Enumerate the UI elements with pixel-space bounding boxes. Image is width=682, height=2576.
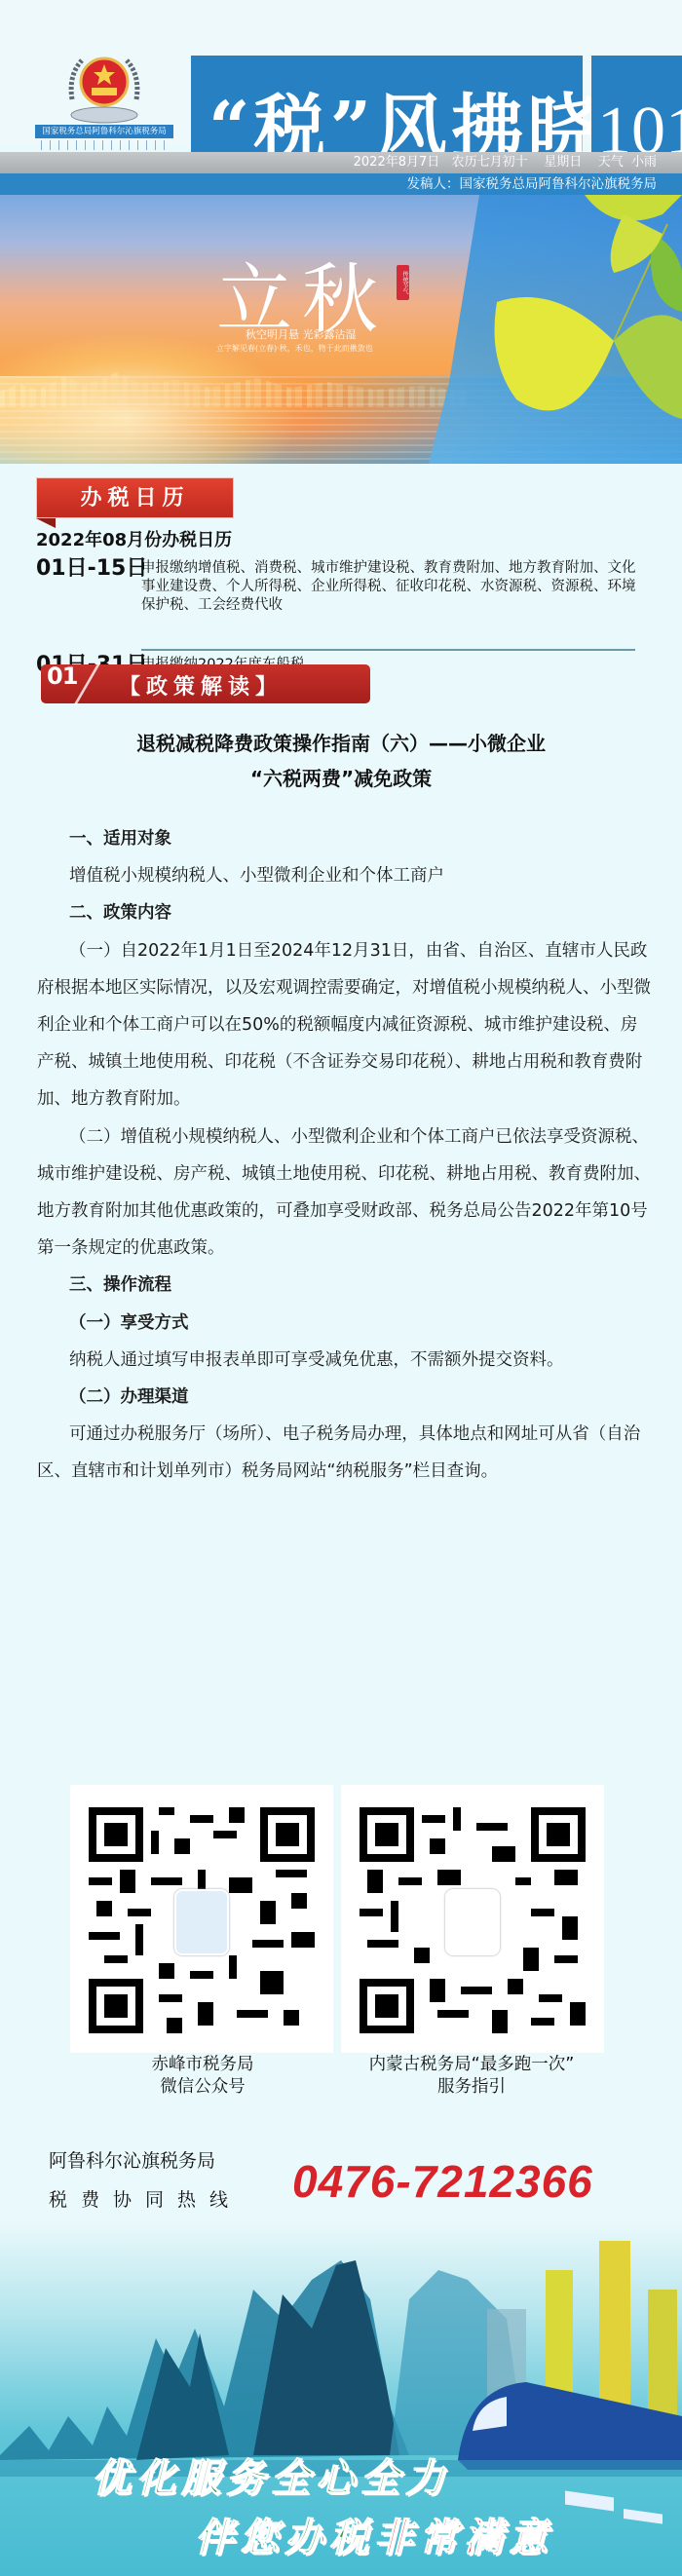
- banner-subtitle-1: 秋空明月悬 光彩露沾湿: [246, 326, 357, 342]
- slogan-red: 非常满意: [374, 2515, 553, 2560]
- calendar-range: 01日-15日: [36, 557, 141, 615]
- qr-caption-line: 服务指引: [325, 2076, 618, 2099]
- article-title-line1: 退税减税降费政策操作指南（六）——小微企业: [29, 726, 653, 761]
- hotline-org: 阿鲁科尔沁旗税务局: [49, 2146, 215, 2173]
- section-number: 01: [47, 663, 77, 690]
- publisher-bar: 发稿人：国家税务总局阿鲁科尔沁旗税务局: [0, 173, 682, 195]
- paragraph: （一）自2022年1月1日至2024年12月31日，由省、自治区、直辖市人民政府…: [37, 932, 651, 1118]
- calendar-desc: 申报缴纳增值税、消费税、城市维护建设税、教育费附加、地方教育附加、文化事业建设费…: [141, 557, 640, 615]
- section-heading: 三、操作流程: [37, 1267, 651, 1304]
- qr-caption-line: 内蒙古税务局“最多跑一次”: [325, 2054, 618, 2076]
- tax-calendar-tag: 办税日历: [36, 477, 234, 518]
- section-heading: 一、适用对象: [37, 820, 651, 857]
- hotline-phone-number[interactable]: 0476-7212366: [292, 2155, 593, 2208]
- slogan-green: 伴您办税: [195, 2515, 374, 2560]
- qr-caption-inner-mongolia: 内蒙古税务局“最多跑一次” 服务指引: [325, 2054, 618, 2099]
- section-heading: 二、政策内容: [37, 894, 651, 931]
- slash-divider: [73, 663, 100, 705]
- org-band: 国家税务总局阿鲁科尔沁旗税务局: [35, 125, 173, 138]
- qr-card-inner-mongolia[interactable]: [341, 1785, 604, 2053]
- red-seal: 传统节气: [397, 265, 409, 300]
- sub-heading: （一）享受方式: [37, 1305, 651, 1342]
- banner-subtitle-2: 立字解见春(立春)·秋，禾也，物于此而揪敛也: [216, 343, 373, 354]
- liqiu-banner: 立秋 传统节气 秋空明月悬 光彩露沾湿 立字解见春(立春)·秋，禾也，物于此而揪…: [0, 195, 682, 464]
- paragraph: （二）增值税小规模纳税人、小型微利企业和个体工商户已依法享受资源税、城市维护建设…: [37, 1118, 651, 1268]
- tax-logo-icon: [445, 1889, 500, 1955]
- qr-caption-line: 赤峰市税务局: [57, 2054, 349, 2076]
- ginkgo-leaf-icon: [458, 195, 682, 458]
- sub-heading: （二）办理渠道: [37, 1379, 651, 1416]
- calendar-divider: [141, 649, 635, 651]
- section-label: 【政策解读】: [119, 670, 283, 701]
- slogan-line-2: 伴您办税非常满意: [195, 2507, 553, 2562]
- hotline-label: 税费协同热线: [49, 2185, 242, 2212]
- mongolian-script: [41, 140, 168, 150]
- tax-emblem-icon: [60, 51, 148, 129]
- paragraph: 增值税小规模纳税人、小型微利企业和个体工商户: [37, 857, 651, 894]
- paragraph: 纳税人通过填写申报表单即可享受减免优惠，不需额外提交资料。: [37, 1342, 651, 1379]
- article-body: 一、适用对象 增值税小规模纳税人、小型微利企业和个体工商户 二、政策内容 （一）…: [37, 820, 651, 1491]
- qr-card-chifeng[interactable]: [70, 1785, 333, 2053]
- slogan-line-1: 优化服务全心全力: [92, 2447, 450, 2503]
- qr-caption-line: 微信公众号: [57, 2076, 349, 2099]
- tax-logo-icon: [174, 1889, 229, 1955]
- policy-section-tag: 01 【政策解读】: [41, 664, 370, 703]
- calendar-title: 2022年08月份办税日历: [36, 526, 232, 551]
- qr-caption-chifeng: 赤峰市税务局 微信公众号: [57, 2054, 349, 2099]
- article-title-line2: “六税两费”减免政策: [29, 761, 653, 796]
- calendar-row: 01日-15日 申报缴纳增值税、消费税、城市维护建设税、教育费附加、地方教育附加…: [36, 557, 640, 615]
- paragraph: 可通过办税服务厅（场所）、电子税务局办理，具体地点和网址可从省（自治区、直辖市和…: [37, 1416, 651, 1490]
- article-title: 退税减税降费政策操作指南（六）——小微企业 “六税两费”减免政策: [29, 726, 653, 796]
- date-bar: 2022年8月7日 农历七月初十 星期日 天气 小雨: [0, 152, 682, 173]
